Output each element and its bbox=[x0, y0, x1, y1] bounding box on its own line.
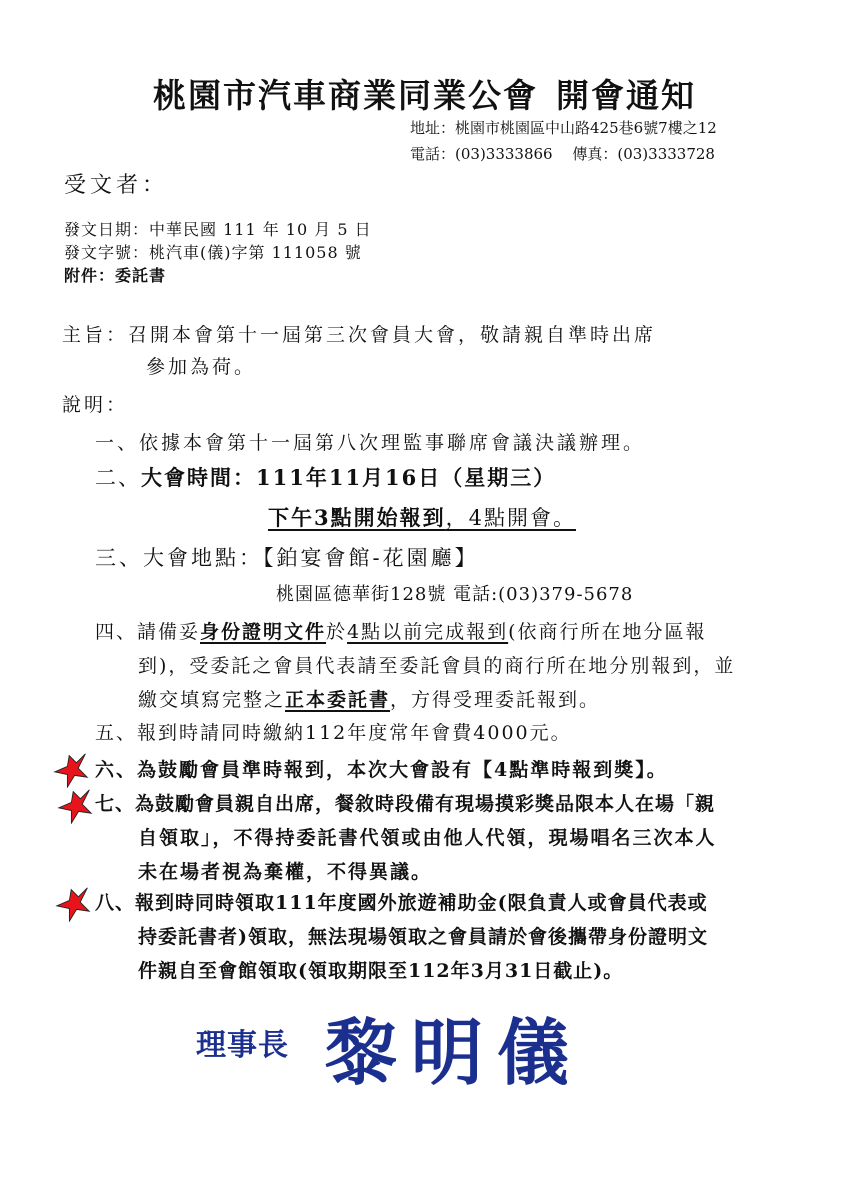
item-4-line-3: 繳交填寫完整之正本委託書，方得受理委託報到。 bbox=[138, 685, 600, 712]
issue-date: 發文日期：中華民國 111 年 10 月 5 日 bbox=[64, 220, 372, 240]
org-name: 桃園市汽車商業同業公會 bbox=[153, 76, 538, 115]
item-6: 六、為鼓勵會員準時報到，本次大會設有【4點準時報到獎】。 bbox=[95, 755, 668, 782]
meeting-date: 111年11月16日（星期三） bbox=[256, 465, 556, 490]
item-2-time: 下午3點開始報到，4點開會。 bbox=[268, 502, 576, 532]
item-4-mid: 於 bbox=[326, 621, 347, 643]
document-title: 桃園市汽車商業同業公會開會通知 bbox=[0, 70, 849, 117]
id-document: 身份證明文件 bbox=[200, 621, 326, 643]
recipient-label: 受文者： bbox=[64, 168, 168, 199]
item-4-line-2: 到)，受委託之會員代表請至委託會員的商行所在地分別報到，並 bbox=[138, 651, 735, 678]
signature-title: 理事長 bbox=[196, 1020, 289, 1064]
meeting-time: ，4點開會。 bbox=[446, 506, 576, 530]
item-4-line-3-post: ，方得受理委託報到。 bbox=[390, 689, 600, 711]
star-icon bbox=[55, 886, 91, 922]
item-7-line-1: 七、為鼓勵會員親自出席，餐敘時段備有現場摸彩獎品限本人在場「親 bbox=[95, 789, 715, 816]
venue-address: 桃園區德華街128號 電話:(03)379-5678 bbox=[276, 580, 633, 606]
item-4-line-3-pre: 繳交填寫完整之 bbox=[138, 689, 285, 711]
item-2-prefix: 二、 bbox=[95, 466, 141, 490]
document-number: 發文字號：桃汽車(儀)字第 111058 號 bbox=[64, 243, 362, 263]
item-3: 三、大會地點：【鉑宴會館-花園廳】 bbox=[95, 542, 479, 572]
doc-type: 開會通知 bbox=[556, 76, 696, 115]
venue-name: 【鉑宴會館-花園廳】 bbox=[263, 546, 479, 570]
attachment: 附件：委託書 bbox=[64, 266, 166, 286]
item-7-line-3: 未在場者視為棄權，不得異議。 bbox=[138, 857, 432, 884]
subject-line-1: 主旨：召開本會第十一屆第三次會員大會，敬請親自準時出席 bbox=[62, 320, 656, 347]
item-8-line-3: 件親自至會館領取(領取期限至112年3月31日截止)。 bbox=[138, 956, 623, 983]
item-4-rest: (依商行所在地分區報 bbox=[508, 621, 706, 643]
item-4-prefix: 四、請備妥 bbox=[95, 621, 200, 643]
original-proxy-form: 正本委託書 bbox=[285, 689, 390, 711]
item-3-prefix: 三、 bbox=[95, 546, 143, 570]
item-8-line-1: 八、報到時同時領取111年度國外旅遊補助金(限負責人或會員代表或 bbox=[95, 888, 708, 915]
item-4-line-1: 四、請備妥身份證明文件於4點以前完成報到(依商行所在地分區報 bbox=[95, 617, 707, 644]
item-2-label: 大會時間： bbox=[141, 465, 256, 490]
subject-line-2: 參加為荷。 bbox=[146, 352, 256, 379]
checkin-deadline: 4點以前完成報到 bbox=[347, 621, 508, 643]
star-icon bbox=[53, 752, 89, 788]
item-8-line-2: 持委託書者)領取，無法現場領取之會員請於會後攜帶身份證明文 bbox=[138, 922, 708, 949]
item-2: 二、大會時間：111年11月16日（星期三） bbox=[95, 462, 556, 492]
item-5: 五、報到時請同時繳納112年度常年會費4000元。 bbox=[95, 718, 572, 745]
signature-name: 黎明儀 bbox=[325, 995, 583, 1099]
item-3-label: 大會地點： bbox=[143, 546, 263, 570]
org-address: 地址：桃園市桃園區中山路425巷6號7樓之12 bbox=[410, 117, 717, 138]
item-7-line-2: 自領取」，不得持委託書代領或由他人代領，現場唱名三次本人 bbox=[138, 823, 717, 850]
item-1: 一、依據本會第十一屆第八次理監事聯席會議決議辦理。 bbox=[95, 428, 645, 455]
explanation-label: 說明： bbox=[62, 390, 128, 417]
star-icon bbox=[57, 788, 93, 824]
org-phone-fax: 電話：(03)3333866 傳真：(03)3333728 bbox=[410, 143, 715, 164]
checkin-time: 下午3點開始報到 bbox=[268, 505, 446, 530]
